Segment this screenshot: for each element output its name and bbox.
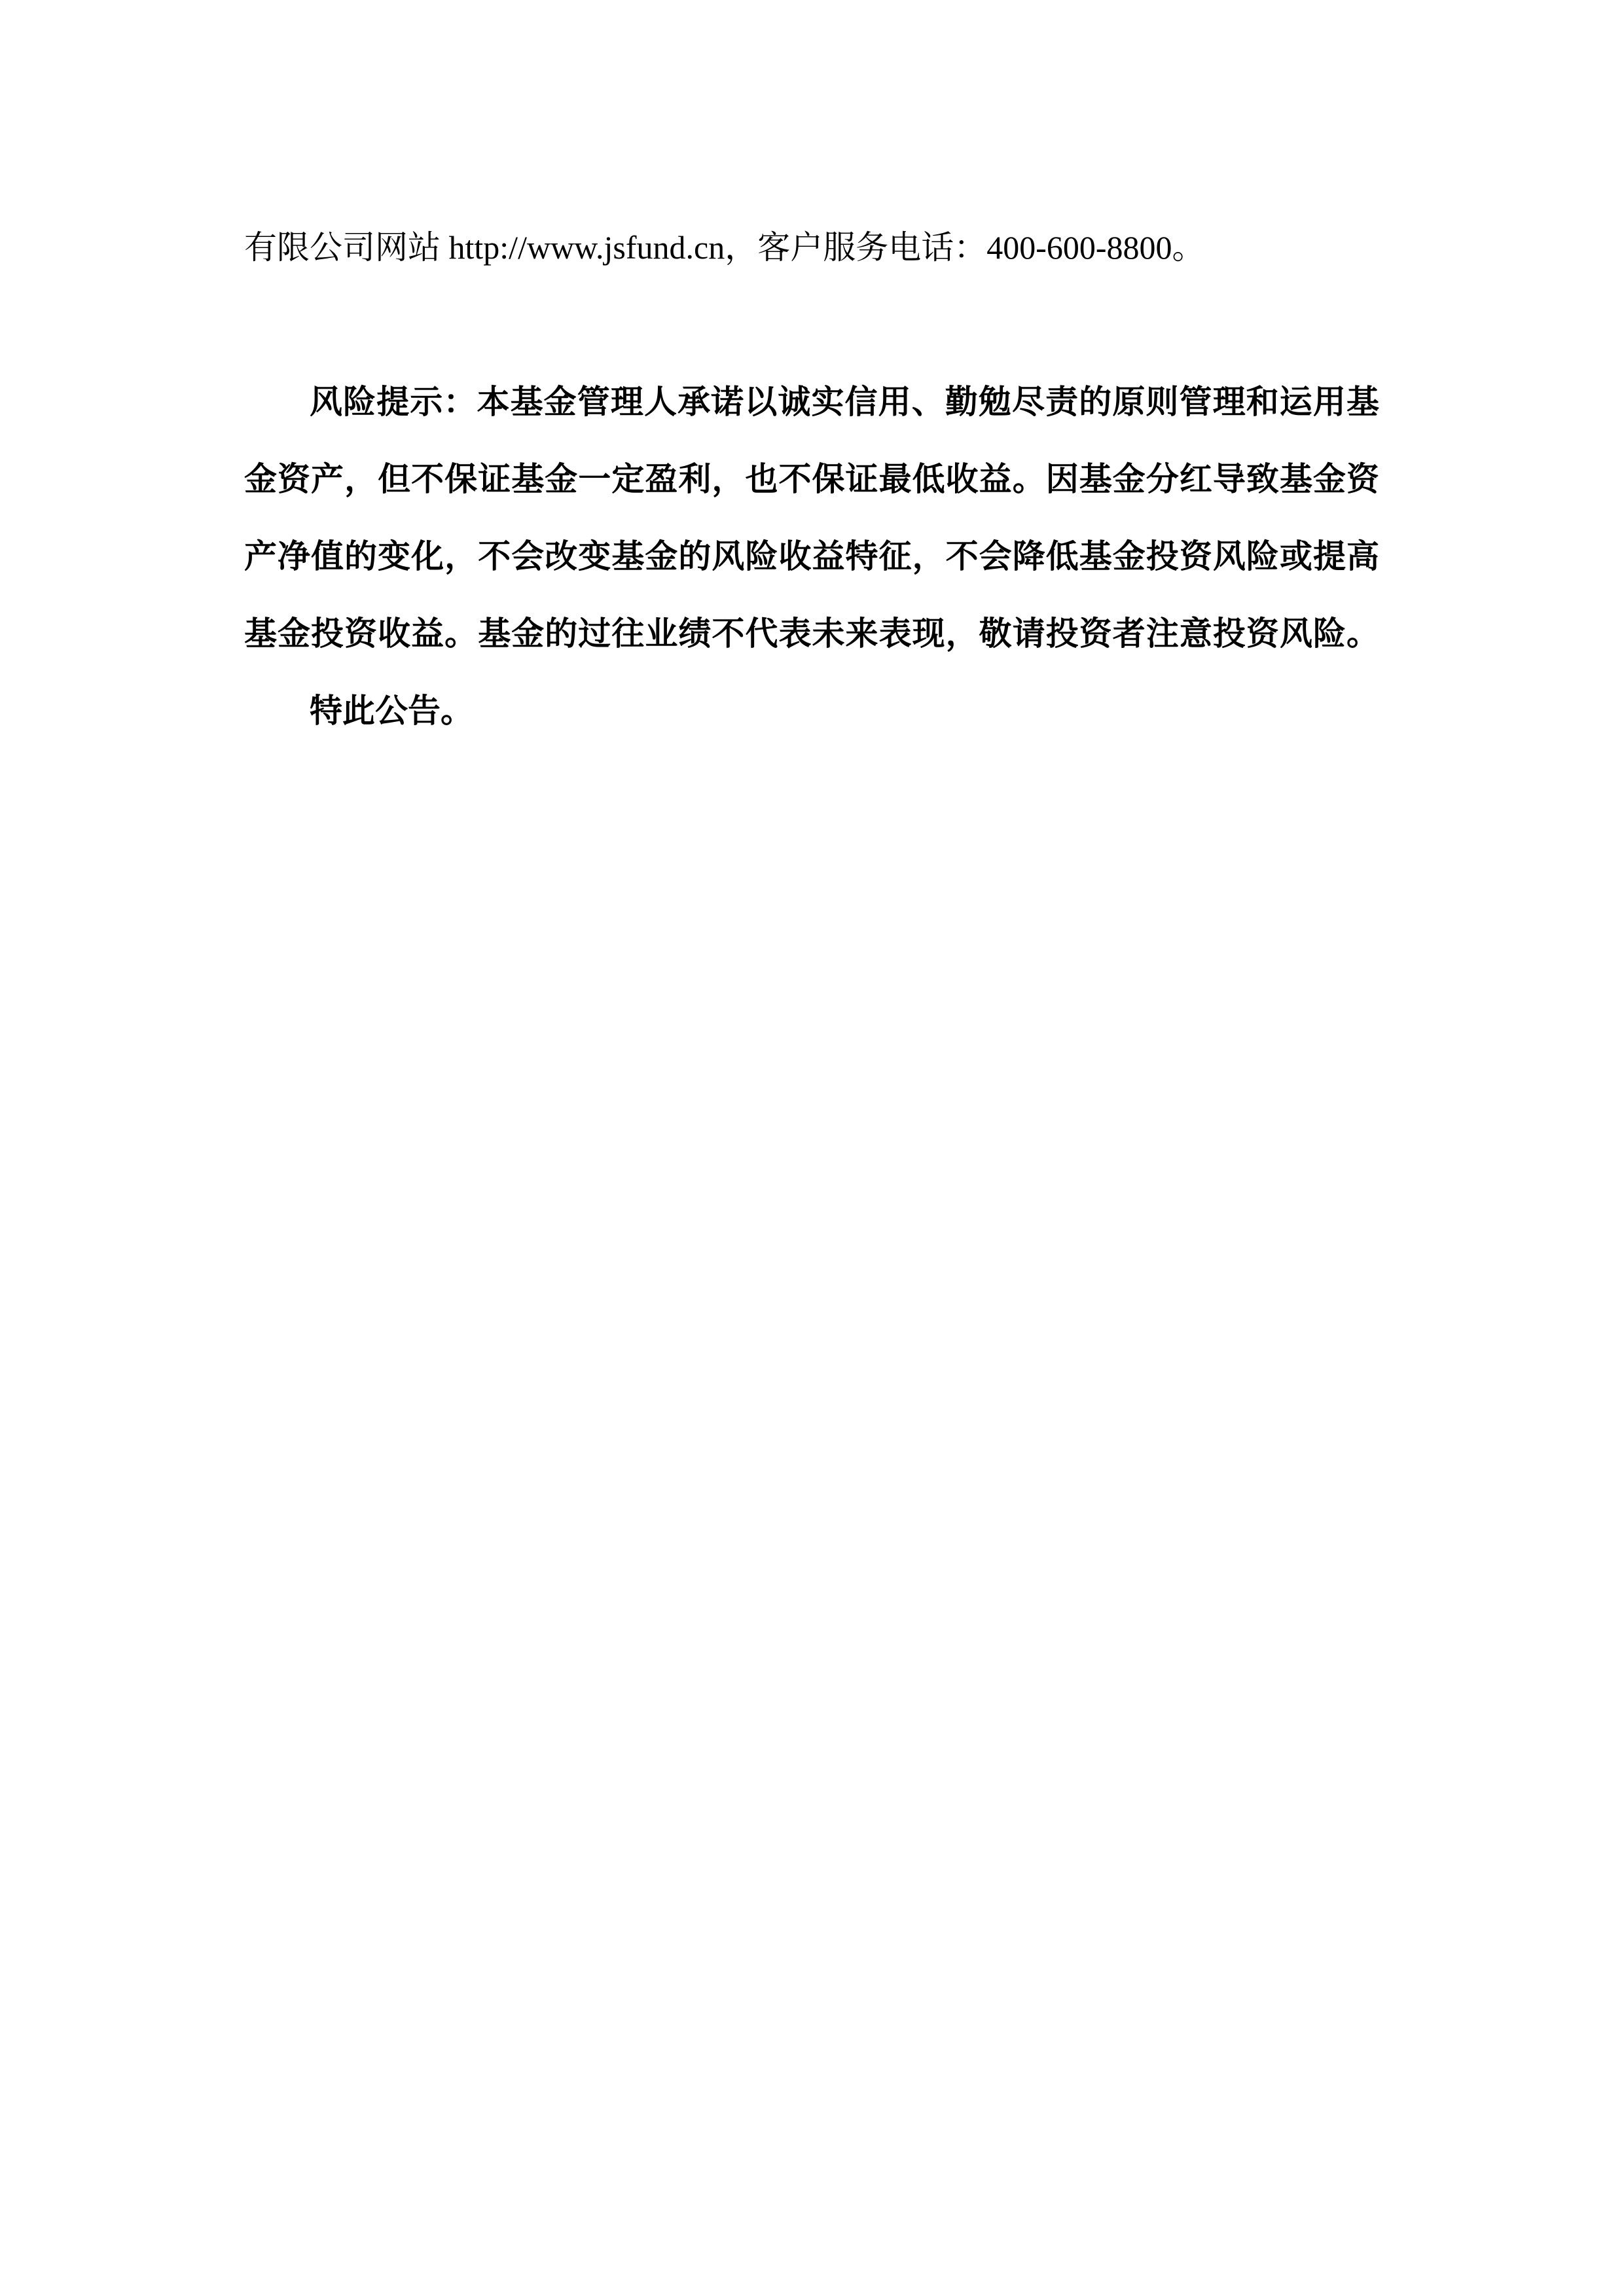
risk-warning-line-4: 基金投资收益。基金的过往业绩不代表未来表现，敬请投资者注意投资风险。	[244, 595, 1379, 672]
risk-warning-line-2: 金资产，但不保证基金一定盈利，也不保证最低收益。因基金分红导致基金资	[244, 440, 1379, 518]
contact-info-line: 有限公司网站 http://www.jsfund.cn，客户服务电话：400-6…	[244, 209, 1379, 286]
risk-warning-paragraph: 风险提示：本基金管理人承诺以诚实信用、勤勉尽责的原则管理和运用基 金资产，但不保…	[244, 363, 1379, 672]
document-page: 有限公司网站 http://www.jsfund.cn，客户服务电话：400-6…	[0, 0, 1624, 2296]
page-content: 有限公司网站 http://www.jsfund.cn，客户服务电话：400-6…	[244, 209, 1379, 749]
risk-warning-line-1: 风险提示：本基金管理人承诺以诚实信用、勤勉尽责的原则管理和运用基	[244, 363, 1379, 440]
risk-warning-line-3: 产净值的变化，不会改变基金的风险收益特征，不会降低基金投资风险或提高	[244, 518, 1379, 595]
closing-announcement-line: 特此公告。	[244, 672, 1379, 749]
